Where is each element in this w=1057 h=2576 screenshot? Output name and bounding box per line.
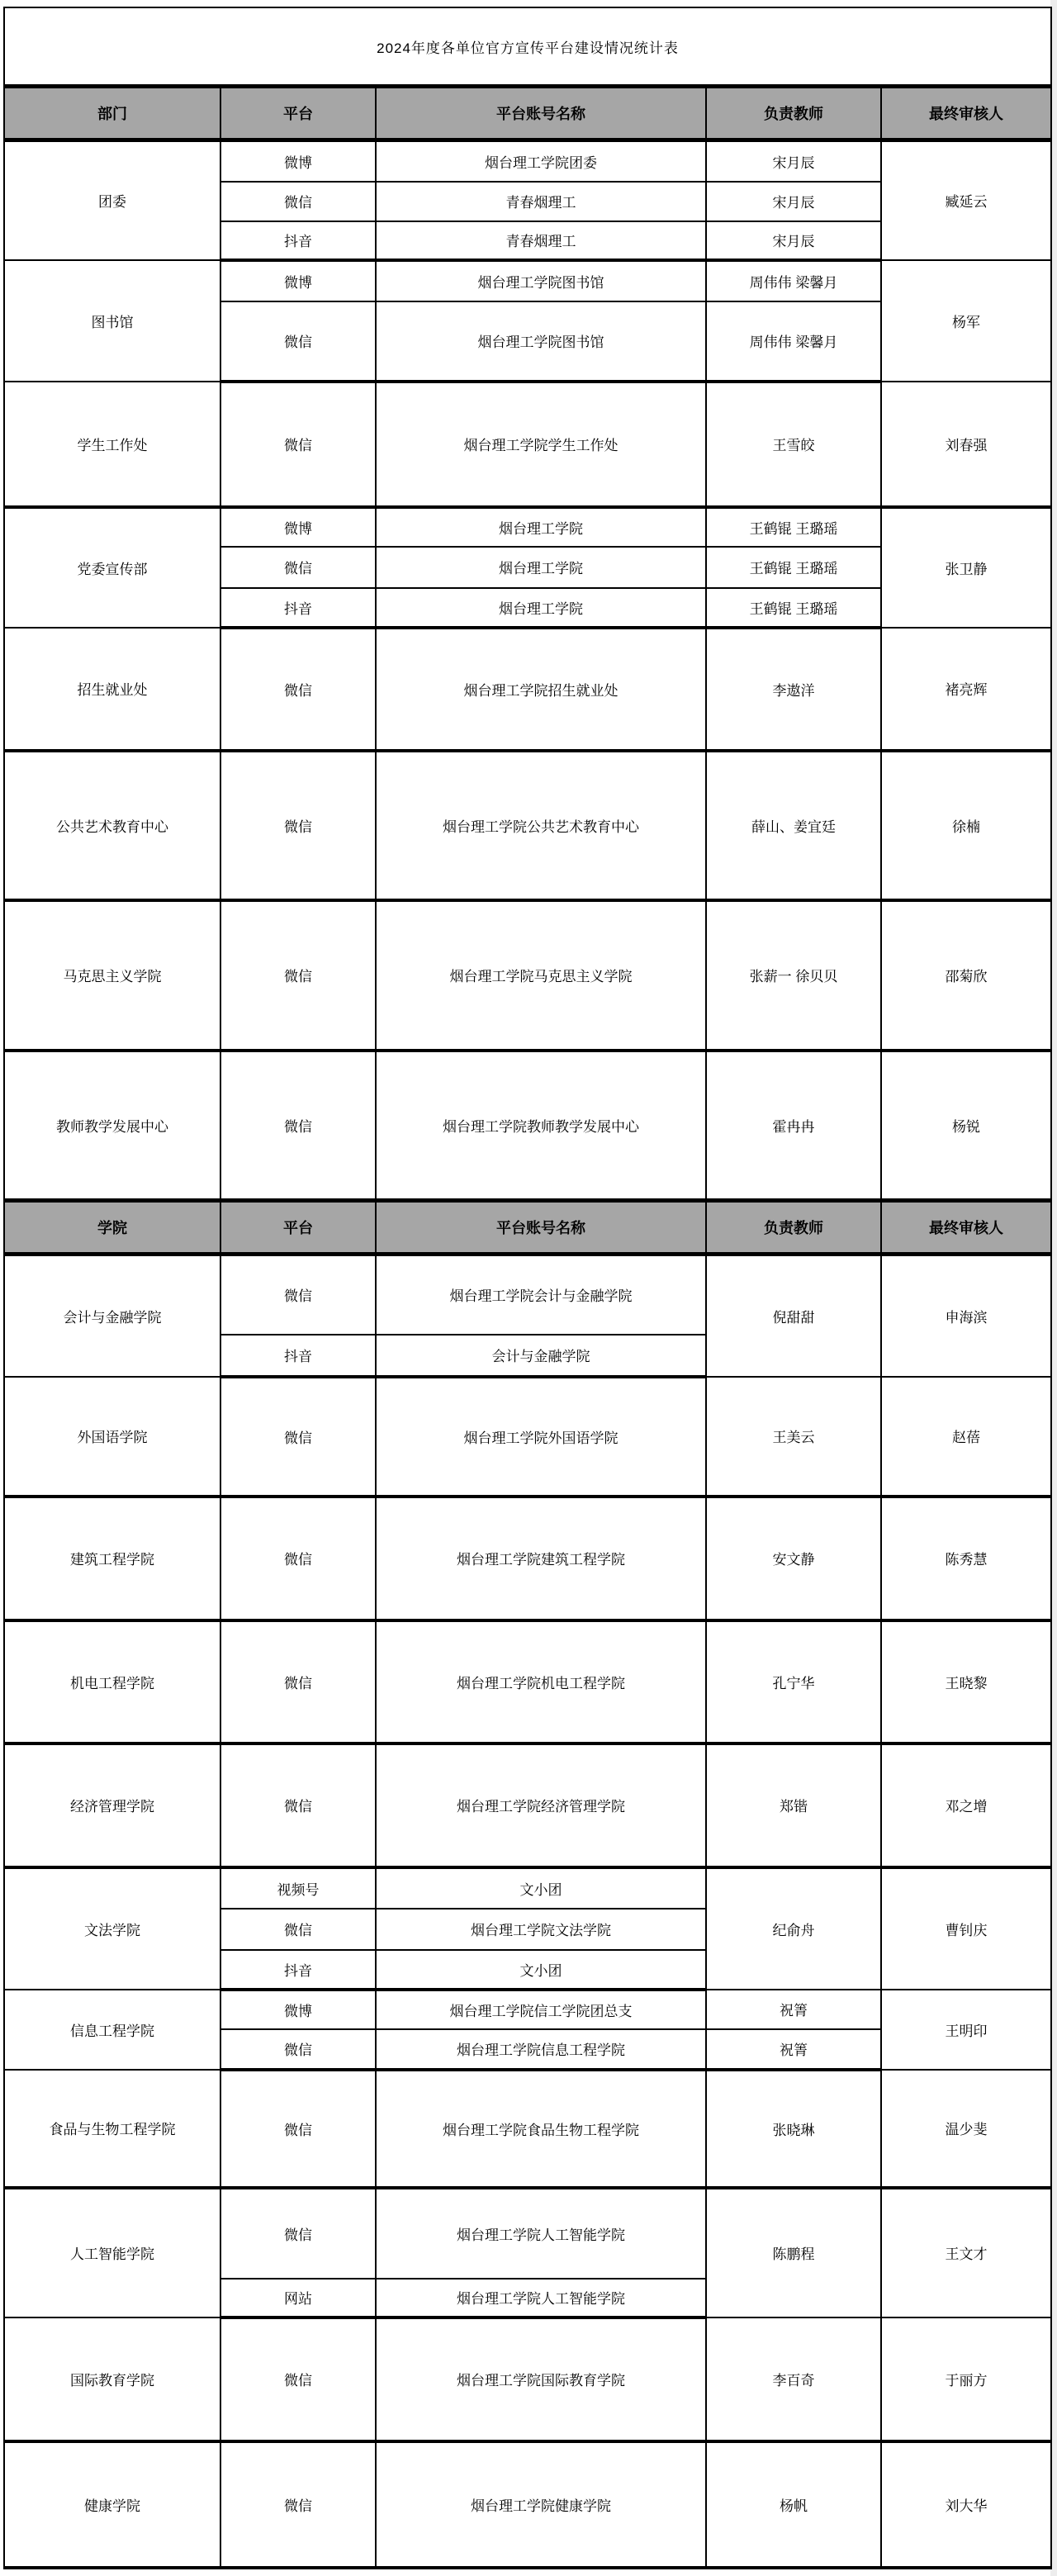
table-row: 图书馆微博烟台理工学院图书馆周伟伟 梁馨月杨军	[4, 260, 1051, 301]
table-row: 学生工作处微信烟台理工学院学生工作处王雪皎刘春强	[4, 382, 1051, 507]
table-row: 食品与生物工程学院微信烟台理工学院食品生物工程学院张晓琳温少斐	[4, 2070, 1051, 2188]
platform-cell: 微信	[220, 1377, 376, 1497]
reviewer-cell: 刘大华	[881, 2441, 1051, 2568]
platform-cell: 微信	[220, 628, 376, 751]
department-cell: 机电工程学院	[4, 1620, 220, 1743]
reviewer-cell: 杨锐	[881, 1051, 1051, 1201]
account-cell: 烟台理工学院经济管理学院	[376, 1743, 706, 1867]
reviewer-cell: 杨军	[881, 260, 1051, 382]
account-cell: 烟台理工学院外国语学院	[376, 1377, 706, 1497]
reviewer-cell: 王晓黎	[881, 1620, 1051, 1743]
teacher-cell: 倪甜甜	[706, 1255, 881, 1377]
account-cell: 烟台理工学院	[376, 507, 706, 547]
teacher-cell: 薛山、姜宜廷	[706, 751, 881, 900]
platform-cell: 微信	[220, 1051, 376, 1201]
table-row: 公共艺术教育中心微信烟台理工学院公共艺术教育中心薛山、姜宜廷徐楠	[4, 751, 1051, 900]
department-cell: 人工智能学院	[4, 2188, 220, 2317]
reviewer-cell: 陈秀慧	[881, 1497, 1051, 1620]
teacher-cell: 张薪一 徐贝贝	[706, 900, 881, 1051]
account-cell: 烟台理工学院团委	[376, 140, 706, 182]
platform-cell: 网站	[220, 2279, 376, 2317]
table-row: 国际教育学院微信烟台理工学院国际教育学院李百奇于丽方	[4, 2317, 1051, 2441]
statistics-table: 2024年度各单位官方宣传平台建设情况统计表 部门平台平台账号名称负责教师最终审…	[3, 7, 1052, 2569]
account-cell: 烟台理工学院马克思主义学院	[376, 900, 706, 1051]
teacher-cell: 孔宁华	[706, 1620, 881, 1743]
account-cell: 烟台理工学院会计与金融学院	[376, 1255, 706, 1335]
platform-cell: 抖音	[220, 1335, 376, 1377]
account-cell: 烟台理工学院建筑工程学院	[376, 1497, 706, 1620]
teacher-cell: 郑锴	[706, 1743, 881, 1867]
department-cell: 文法学院	[4, 1867, 220, 1990]
department-cell: 图书馆	[4, 260, 220, 382]
teacher-cell: 杨帆	[706, 2441, 881, 2568]
platform-cell: 抖音	[220, 588, 376, 628]
account-cell: 烟台理工学院信工学院团总支	[376, 1990, 706, 2029]
teacher-cell: 宋月辰	[706, 140, 881, 182]
table-row: 教师教学发展中心微信烟台理工学院教师教学发展中心霍冉冉杨锐	[4, 1051, 1051, 1201]
department-cell: 健康学院	[4, 2441, 220, 2568]
reviewer-cell: 申海滨	[881, 1255, 1051, 1377]
platform-cell: 视频号	[220, 1867, 376, 1909]
reviewer-cell: 徐楠	[881, 751, 1051, 900]
table-row: 机电工程学院微信烟台理工学院机电工程学院孔宁华王晓黎	[4, 1620, 1051, 1743]
account-cell: 会计与金融学院	[376, 1335, 706, 1377]
reviewer-cell: 邵菊欣	[881, 900, 1051, 1051]
column-header: 平台账号名称	[376, 87, 706, 140]
teacher-cell: 周伟伟 梁馨月	[706, 260, 881, 301]
department-cell: 教师教学发展中心	[4, 1051, 220, 1201]
teacher-cell: 王雪皎	[706, 382, 881, 507]
column-header: 负责教师	[706, 1201, 881, 1255]
teacher-cell: 霍冉冉	[706, 1051, 881, 1201]
table-title: 2024年度各单位官方宣传平台建设情况统计表	[4, 7, 1051, 87]
reviewer-cell: 刘春强	[881, 382, 1051, 507]
reviewer-cell: 于丽方	[881, 2317, 1051, 2441]
column-header: 平台账号名称	[376, 1201, 706, 1255]
platform-cell: 微信	[220, 1620, 376, 1743]
platform-cell: 微信	[220, 2188, 376, 2279]
reviewer-cell: 张卫静	[881, 507, 1051, 628]
account-cell: 文小团	[376, 1950, 706, 1990]
platform-cell: 微信	[220, 1909, 376, 1950]
department-cell: 国际教育学院	[4, 2317, 220, 2441]
teacher-cell: 宋月辰	[706, 221, 881, 260]
reviewer-cell: 赵蓓	[881, 1377, 1051, 1497]
platform-cell: 抖音	[220, 1950, 376, 1990]
table-row: 建筑工程学院微信烟台理工学院建筑工程学院安文静陈秀慧	[4, 1497, 1051, 1620]
column-header: 部门	[4, 87, 220, 140]
account-cell: 烟台理工学院信息工程学院	[376, 2029, 706, 2070]
platform-cell: 微博	[220, 1990, 376, 2029]
table-row: 团委微博烟台理工学院团委宋月辰臧延云	[4, 140, 1051, 182]
table-row: 党委宣传部微博烟台理工学院王鹤锟 王璐瑶张卫静	[4, 507, 1051, 547]
department-cell: 招生就业处	[4, 628, 220, 751]
table-row: 招生就业处微信烟台理工学院招生就业处李遨洋褚亮辉	[4, 628, 1051, 751]
department-cell: 党委宣传部	[4, 507, 220, 628]
teacher-cell: 王鹤锟 王璐瑶	[706, 588, 881, 628]
column-header: 学院	[4, 1201, 220, 1255]
platform-cell: 微博	[220, 507, 376, 547]
account-cell: 烟台理工学院食品生物工程学院	[376, 2070, 706, 2188]
platform-cell: 微信	[220, 1497, 376, 1620]
teacher-cell: 纪俞舟	[706, 1867, 881, 1990]
platform-cell: 微信	[220, 2317, 376, 2441]
table-row: 外国语学院微信烟台理工学院外国语学院王美云赵蓓	[4, 1377, 1051, 1497]
teacher-cell: 宋月辰	[706, 182, 881, 221]
department-cell: 学生工作处	[4, 382, 220, 507]
platform-cell: 微信	[220, 751, 376, 900]
department-cell: 马克思主义学院	[4, 900, 220, 1051]
reviewer-cell: 王明印	[881, 1990, 1051, 2070]
account-cell: 烟台理工学院	[376, 547, 706, 588]
reviewer-cell: 王文才	[881, 2188, 1051, 2317]
teacher-cell: 王鹤锟 王璐瑶	[706, 507, 881, 547]
platform-cell: 抖音	[220, 221, 376, 260]
account-cell: 烟台理工学院图书馆	[376, 301, 706, 382]
department-cell: 公共艺术教育中心	[4, 751, 220, 900]
column-header: 最终审核人	[881, 87, 1051, 140]
account-cell: 文小团	[376, 1867, 706, 1909]
department-cell: 团委	[4, 140, 220, 260]
account-cell: 烟台理工学院文法学院	[376, 1909, 706, 1950]
department-cell: 信息工程学院	[4, 1990, 220, 2070]
table-row: 马克思主义学院微信烟台理工学院马克思主义学院张薪一 徐贝贝邵菊欣	[4, 900, 1051, 1051]
teacher-cell: 周伟伟 梁馨月	[706, 301, 881, 382]
account-cell: 烟台理工学院公共艺术教育中心	[376, 751, 706, 900]
platform-cell: 微信	[220, 1743, 376, 1867]
column-header: 平台	[220, 87, 376, 140]
platform-cell: 微信	[220, 900, 376, 1051]
reviewer-cell: 曹钊庆	[881, 1867, 1051, 1990]
spreadsheet-page: 2024年度各单位官方宣传平台建设情况统计表 部门平台平台账号名称负责教师最终审…	[0, 0, 1050, 2576]
column-header: 平台	[220, 1201, 376, 1255]
department-cell: 会计与金融学院	[4, 1255, 220, 1377]
department-cell: 外国语学院	[4, 1377, 220, 1497]
table-row: 健康学院微信烟台理工学院健康学院杨帆刘大华	[4, 2441, 1051, 2568]
reviewer-cell: 褚亮辉	[881, 628, 1051, 751]
platform-cell: 微信	[220, 547, 376, 588]
account-cell: 烟台理工学院教师教学发展中心	[376, 1051, 706, 1201]
platform-cell: 微博	[220, 260, 376, 301]
table-row: 经济管理学院微信烟台理工学院经济管理学院郑锴邓之增	[4, 1743, 1051, 1867]
reviewer-cell: 温少斐	[881, 2070, 1051, 2188]
teacher-cell: 李遨洋	[706, 628, 881, 751]
teacher-cell: 陈鹏程	[706, 2188, 881, 2317]
table-row: 人工智能学院微信烟台理工学院人工智能学院陈鹏程王文才	[4, 2188, 1051, 2279]
table-row: 文法学院视频号文小团纪俞舟曹钊庆	[4, 1867, 1051, 1909]
teacher-cell: 张晓琳	[706, 2070, 881, 2188]
account-cell: 烟台理工学院人工智能学院	[376, 2279, 706, 2317]
account-cell: 青春烟理工	[376, 221, 706, 260]
teacher-cell: 王鹤锟 王璐瑶	[706, 547, 881, 588]
reviewer-cell: 臧延云	[881, 140, 1051, 260]
teacher-cell: 安文静	[706, 1497, 881, 1620]
teacher-cell: 祝箐	[706, 2029, 881, 2070]
section-header-row: 部门平台平台账号名称负责教师最终审核人	[4, 87, 1051, 140]
table-row: 信息工程学院微博烟台理工学院信工学院团总支祝箐王明印	[4, 1990, 1051, 2029]
platform-cell: 微信	[220, 182, 376, 221]
reviewer-cell: 邓之增	[881, 1743, 1051, 1867]
column-header: 负责教师	[706, 87, 881, 140]
section-header-row: 学院平台平台账号名称负责教师最终审核人	[4, 1201, 1051, 1255]
teacher-cell: 王美云	[706, 1377, 881, 1497]
account-cell: 烟台理工学院健康学院	[376, 2441, 706, 2568]
account-cell: 烟台理工学院机电工程学院	[376, 1620, 706, 1743]
account-cell: 烟台理工学院人工智能学院	[376, 2188, 706, 2279]
platform-cell: 微信	[220, 382, 376, 507]
account-cell: 烟台理工学院图书馆	[376, 260, 706, 301]
column-header: 最终审核人	[881, 1201, 1051, 1255]
department-cell: 建筑工程学院	[4, 1497, 220, 1620]
account-cell: 烟台理工学院国际教育学院	[376, 2317, 706, 2441]
title-row: 2024年度各单位官方宣传平台建设情况统计表	[4, 7, 1051, 87]
account-cell: 青春烟理工	[376, 182, 706, 221]
platform-cell: 微信	[220, 2441, 376, 2568]
account-cell: 烟台理工学院学生工作处	[376, 382, 706, 507]
department-cell: 经济管理学院	[4, 1743, 220, 1867]
account-cell: 烟台理工学院	[376, 588, 706, 628]
platform-cell: 微信	[220, 2070, 376, 2188]
platform-cell: 微博	[220, 140, 376, 182]
table-row: 会计与金融学院微信烟台理工学院会计与金融学院倪甜甜申海滨	[4, 1255, 1051, 1335]
platform-cell: 微信	[220, 301, 376, 382]
teacher-cell: 祝箐	[706, 1990, 881, 2029]
department-cell: 食品与生物工程学院	[4, 2070, 220, 2188]
platform-cell: 微信	[220, 2029, 376, 2070]
platform-cell: 微信	[220, 1255, 376, 1335]
account-cell: 烟台理工学院招生就业处	[376, 628, 706, 751]
teacher-cell: 李百奇	[706, 2317, 881, 2441]
